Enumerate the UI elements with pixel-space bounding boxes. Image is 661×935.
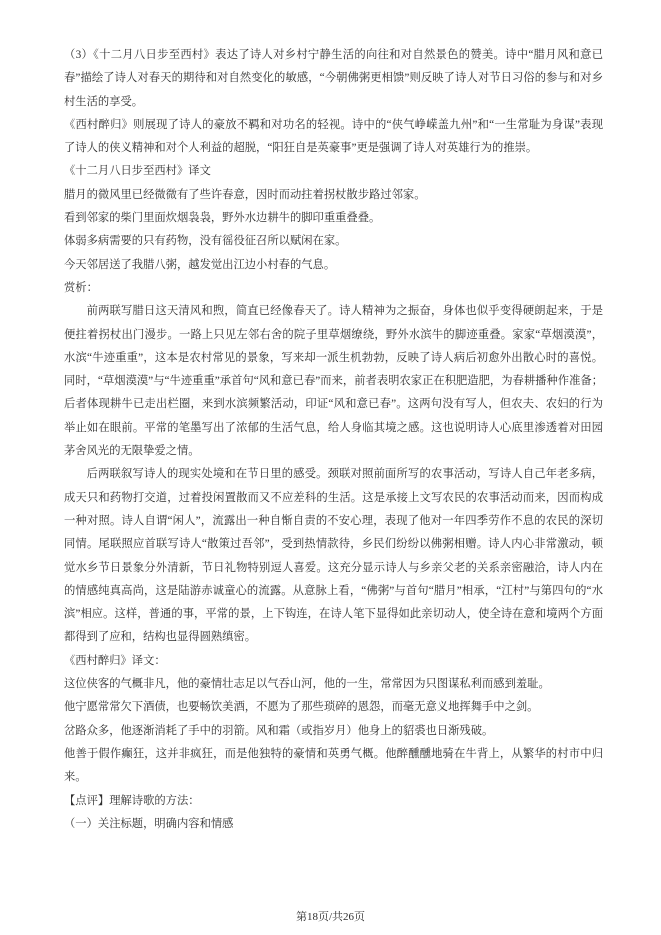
poem1-translation-line-4: 今天邻居送了我腊八粥，越发觉出江边小村春的气息。 [64, 254, 603, 277]
poem2-translation-line-4: 他善于假作癫狂，这并非疯狂，而是他独特的豪情和英勇气概。他醉醺醺地骑在牛背上，从… [64, 743, 603, 790]
page-number: 第18页/共26页 [0, 910, 661, 924]
appreciation-paragraph-2: 后两联叙写诗人的现实处境和在节日里的感受。颈联对照前面所写的农事活动，写诗人自己… [64, 463, 603, 649]
comment-point-1: （一）关注标题，明确内容和情感 [64, 813, 603, 836]
poem1-translation-line-1: 腊月的微风里已经微微有了些许春意，因时而动拄着拐杖散步路过邻家。 [64, 184, 603, 207]
document-body: （3）《十二月八日步至西村》表达了诗人对乡村宁静生活的向往和对自然景色的赞美。诗… [64, 44, 603, 836]
poem1-translation-line-2: 看到邻家的柴门里面炊烟袅袅，野外水边耕牛的脚印重重叠叠。 [64, 207, 603, 230]
poem2-translation-line-1: 这位侠客的气概非凡，他的豪情壮志足以气吞山河，他的一生，常常因为只图谋私利而感到… [64, 673, 603, 696]
poem2-translation-line-3: 岔路众多，他逐渐消耗了手中的羽箭。风和霜（或指岁月）他身上的貂裘也日渐残破。 [64, 720, 603, 743]
poem2-theme-analysis: 《西村醉归》则展现了诗人的豪放不羁和对功名的轻视。诗中的“侠气峥嵘盖九州”和“一… [64, 114, 603, 161]
document-page: （3）《十二月八日步至西村》表达了诗人对乡村宁静生活的向往和对自然景色的赞美。诗… [0, 0, 661, 935]
appreciation-paragraph-1: 前两联写腊日这天清风和煦，简直已经像春天了。诗人精神为之振奋，身体也似乎变得硬朗… [64, 300, 603, 463]
poem2-translation-line-2: 他宁愿常常欠下酒债，也要畅饮美酒，不愿为了那些琐碎的恩怨，而毫无意义地挥舞手中之… [64, 696, 603, 719]
poem2-translation-heading: 《西村醉归》译文： [64, 650, 603, 673]
poem1-translation-heading: 《十二月八日步至西村》译文 [64, 160, 603, 183]
poem1-translation-line-3: 体弱多病需要的只有药物，没有徭役征召所以赋闲在家。 [64, 230, 603, 253]
poem1-theme-analysis: （3）《十二月八日步至西村》表达了诗人对乡村宁静生活的向往和对自然景色的赞美。诗… [64, 44, 603, 114]
appreciation-label: 赏析： [64, 277, 603, 300]
comment-heading: 【点评】理解诗歌的方法： [64, 790, 603, 813]
